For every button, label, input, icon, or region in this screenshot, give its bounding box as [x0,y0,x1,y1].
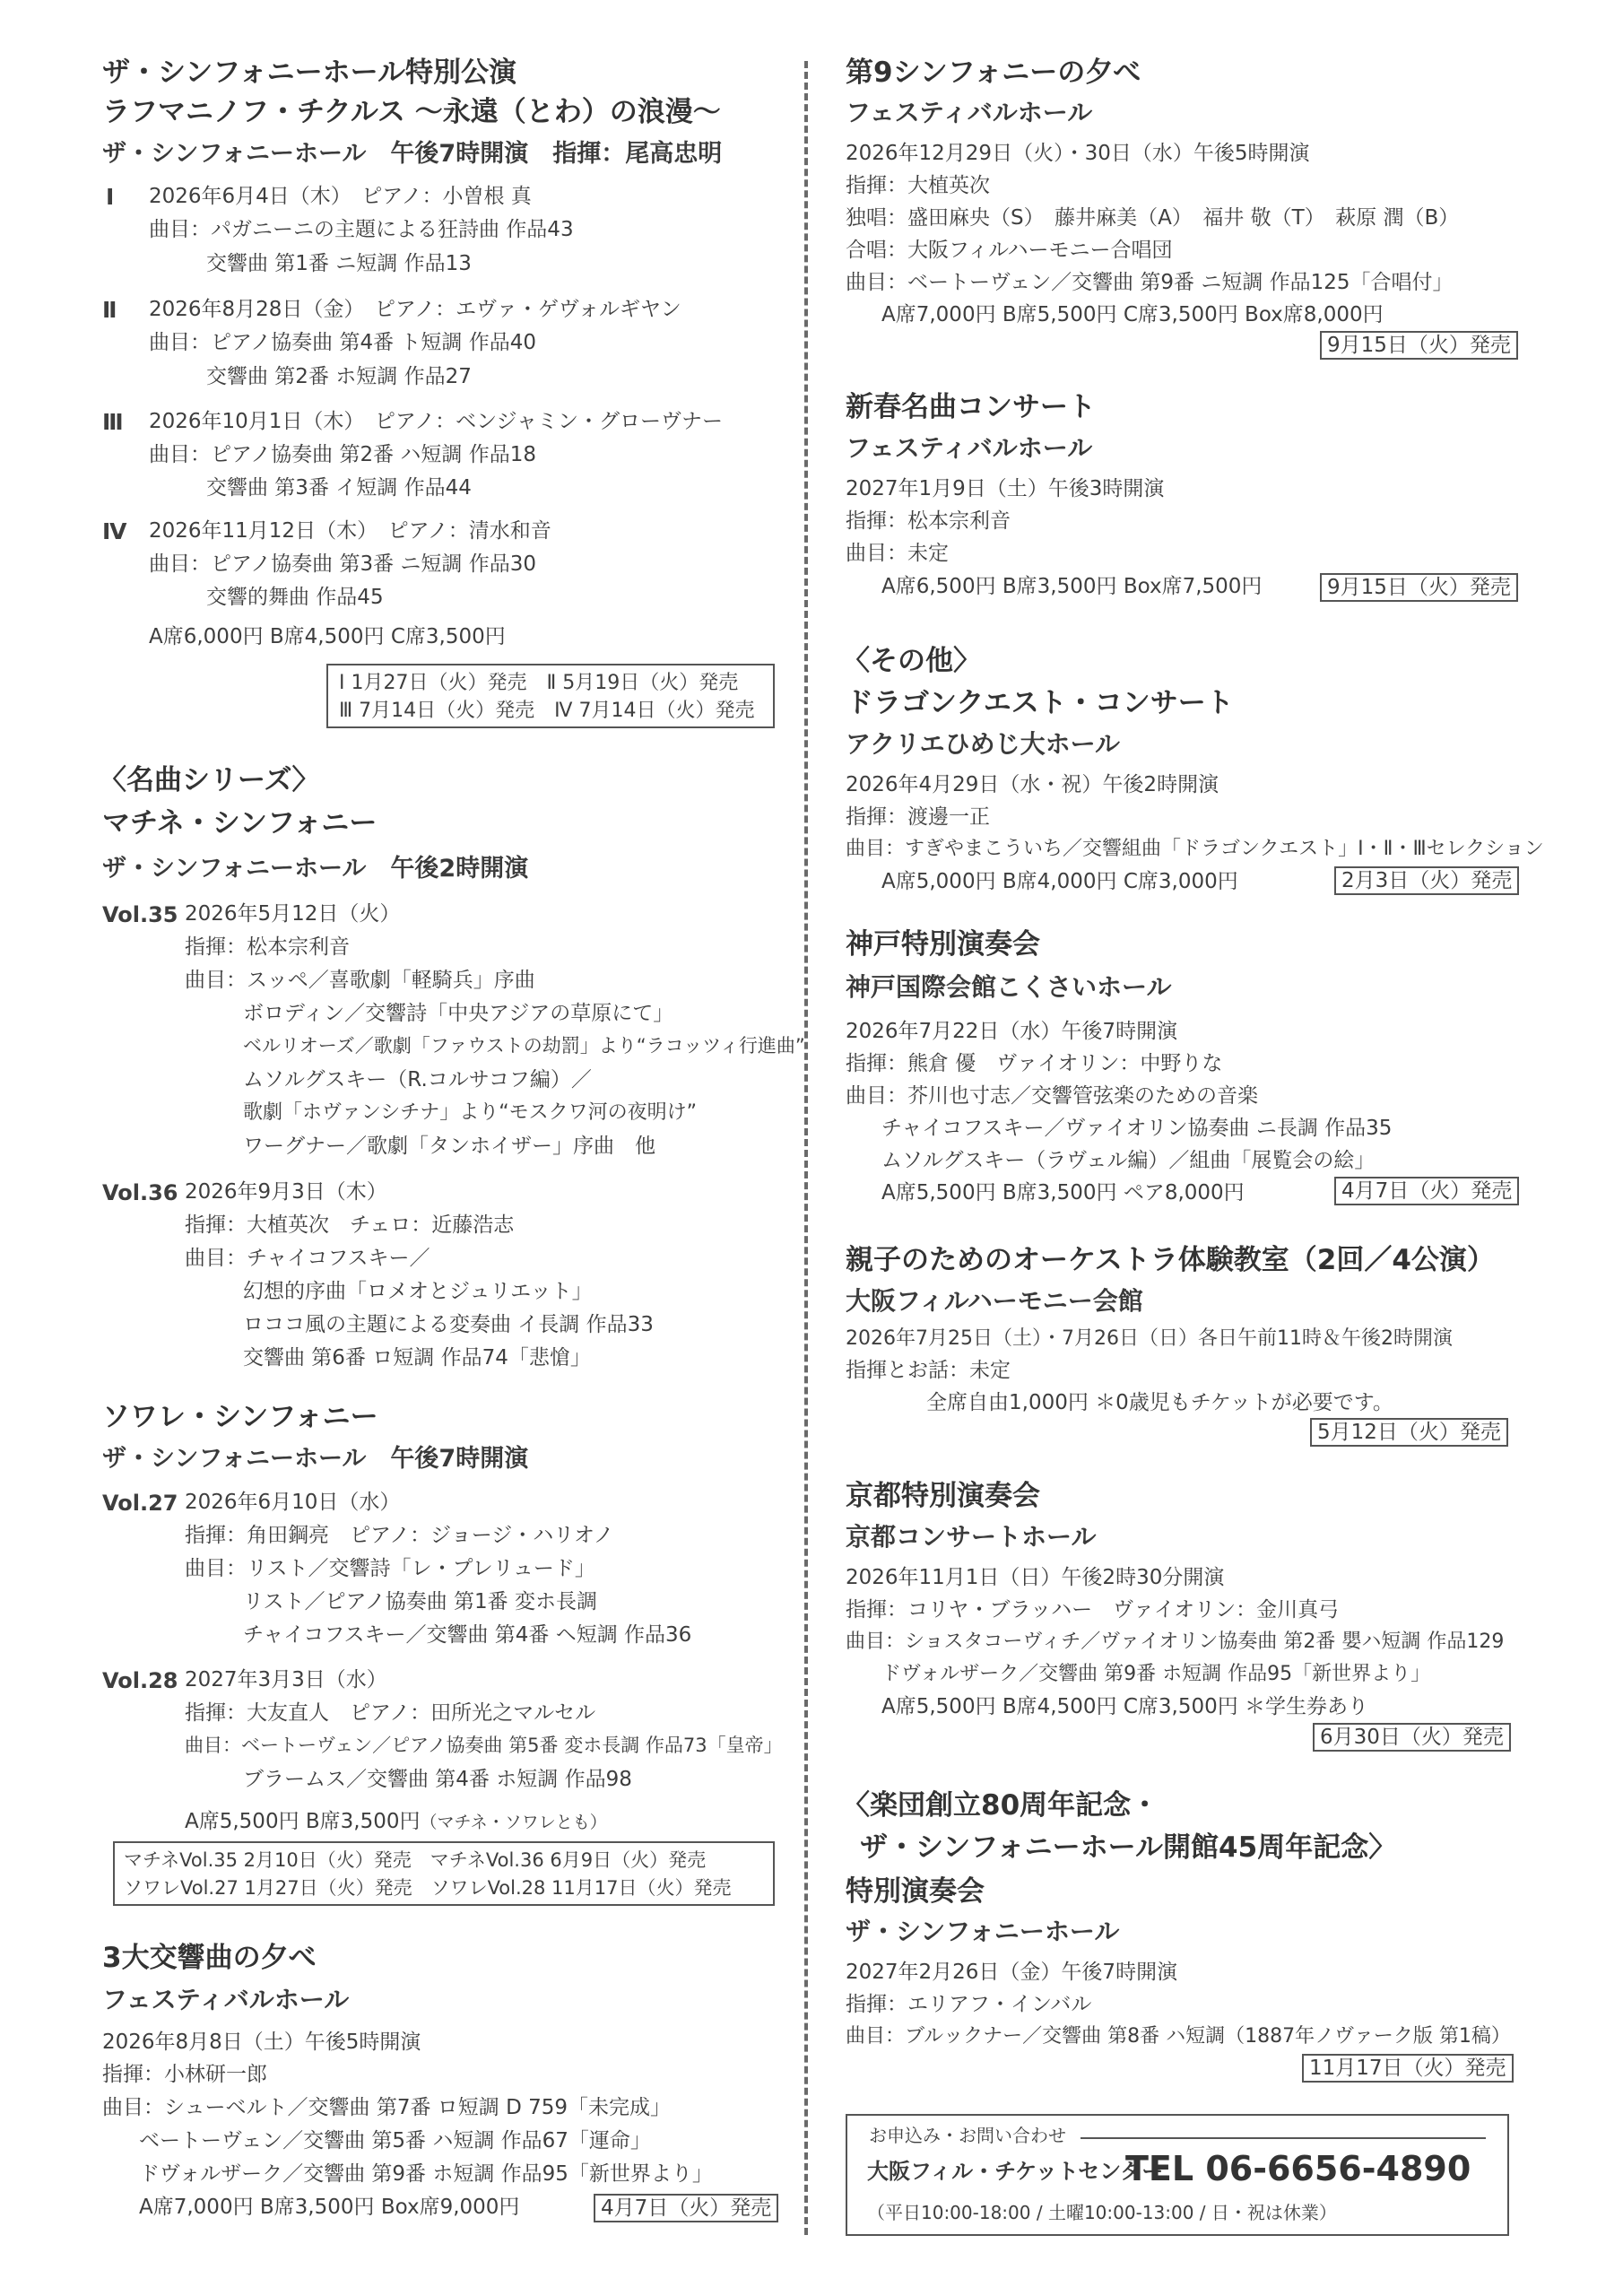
concert-date: 2026年4月29日（水・祝）午後2時開演 [846,775,1219,796]
detail-line: 指揮：大友直人 ピアノ：田所光之マルセル [185,1703,595,1724]
vol-label: Vol.28 [102,1670,178,1692]
venue: 神戸国際会館こくさいホール [846,975,1171,1000]
venue: フェスティバルホール [846,100,1092,126]
detail-line: ムソルグスキー（R.コルサコフ編）／ [243,1070,592,1091]
concert-date: 2026年12月29日（火）・30日（水）午後5時開演 [846,143,1309,164]
column-divider [804,61,808,2235]
detail-line: 指揮：松本宗利音 [185,937,350,958]
sale-date: ソワレVol.27 1月27日（火）発売 ソワレVol.28 11月17日（火）… [124,1879,732,1898]
program-line: ドヴォルザーク／交響曲 第9番 ホ短調 作品95「新世界より」 [139,2164,713,2185]
chorus: 合唱：大阪フィルハーモニー合唱団 [846,240,1173,261]
soloists: 独唱：盛田麻央（S） 藤井麻美（A） 福井 敬（T） 萩原 潤（B） [846,208,1459,229]
concert-title: 特別演奏会 [846,1878,985,1906]
detail-line: 交響曲 第6番 ロ短調 作品74「悲愴」 [243,1348,591,1369]
concert-date: 2026年8月28日（金） ピアノ：エヴァ・ゲヴォルギヤン [149,300,681,320]
sale-date-box: マチネVol.35 2月10日（火）発売 マチネVol.36 6月9日（火）発売… [113,1841,775,1906]
detail-line: ボロディン／交響詩「中央アジアの草原にて」 [243,1004,673,1024]
conductor: 指揮とお話：未定 [846,1361,1011,1381]
sale-date: マチネVol.35 2月10日（火）発売 マチネVol.36 6月9日（火）発売 [124,1851,706,1870]
category-title: ザ・シンフォニーホール開館45周年記念〉 [860,1834,1396,1862]
venue: ザ・シンフォニーホール [846,1919,1119,1944]
concert-number: Ⅱ [102,299,117,321]
concert-date: 2026年6月4日（木） ピアノ：小曽根 真 [149,187,532,207]
sale-date-badge: 9月15日（火）発売 [1320,331,1518,360]
concert-date: 2027年2月26日（金）午後7時開演 [846,1962,1177,1983]
sale-date-badge: 4月7日（火）発売 [594,2194,778,2222]
price-line: 全席自由1,000円 ＊0歳児もチケットが必要です。 [926,1393,1393,1413]
category-title: 〈楽団創立80周年記念・ [842,1792,1159,1820]
venue: フェスティバルホール [846,436,1092,461]
price-note: （マチネ・ソワレとも） [421,1813,607,1832]
program-line: 曲目：ショスタコーヴィチ／ヴァイオリン協奏曲 第2番 嬰ハ短調 作品129 [846,1632,1504,1652]
concert-date: 2026年7月25日（土）・7月26日（日）各日午前11時＆午後2時開演 [846,1329,1453,1349]
sale-date: Ⅰ 1月27日（火）発売 Ⅱ 5月19日（火）発売 [339,674,738,693]
program-line: 曲目：パガニーニの主題による狂詩曲 作品43 [149,220,574,240]
program-line: 曲目：未定 [846,544,949,564]
concert-title: 親子のためのオーケストラ体験教室（2回／4公演） [846,1247,1495,1274]
price-line: A席5,500円 B席3,500円（マチネ・ソワレとも） [185,1812,607,1832]
program-line: 交響曲 第3番 イ短調 作品44 [206,478,472,499]
concert-title: 京都特別演奏会 [846,1483,1040,1510]
section-subtitle: ラフマニノフ・チクルス ～永遠（とわ）の浪漫～ [102,99,721,126]
price-line: A席6,500円 B席3,500円 Box席7,500円 [881,577,1262,597]
venue: 京都コンサートホール [846,1525,1096,1550]
concert-date: 2026年7月22日（水）午後7時開演 [846,1022,1177,1042]
conductor: 指揮：大植英次 [846,176,990,196]
concert-date: 2026年9月3日（木） [185,1182,387,1203]
detail-line: 曲目：ベートーヴェン／ピアノ協奏曲 第5番 変ホ長調 作品73「皇帝」 [185,1736,783,1755]
price-line: A席5,500円 B席3,500円 ペア8,000円 [881,1183,1245,1204]
sale-date-badge: 6月30日（火）発売 [1313,1723,1511,1752]
venue-line: ザ・シンフォニーホール 午後2時開演 [102,857,528,881]
concert-date: 2026年11月12日（木） ピアノ：清水和音 [149,521,551,542]
sale-date-badge: 5月12日（火）発売 [1310,1418,1508,1447]
program-line: チャイコフスキー／ヴァイオリン協奏曲 ニ長調 作品35 [881,1118,1392,1139]
program-line: 交響曲 第2番 ホ短調 作品27 [206,367,472,387]
venue-line: ザ・シンフォニーホール 午後7時開演 [102,1447,528,1471]
detail-line: チャイコフスキー／交響曲 第4番 ヘ短調 作品36 [243,1625,691,1646]
venue-line: ザ・シンフォニーホール 午後7時開演 指揮：尾高忠明 [102,142,722,166]
concert-title: 神戸特別演奏会 [846,931,1040,959]
price-line: A席6,000円 B席4,500円 C席3,500円 [149,627,506,648]
sale-date-badge: 9月15日（火）発売 [1320,573,1518,602]
concert-title: 新春名曲コンサート [846,394,1096,422]
sale-date-badge: 11月17日（火）発売 [1302,2054,1514,2083]
venue: 大阪フィルハーモニー会館 [846,1289,1143,1314]
vol-label: Vol.35 [102,904,178,926]
detail-line: 指揮：角田鋼亮 ピアノ：ジョージ・ハリオノ [185,1526,614,1546]
program-line: 曲目：ピアノ協奏曲 第2番 ハ短調 作品18 [149,445,536,465]
detail-line: ロココ風の主題による変奏曲 イ長調 作品33 [243,1315,654,1335]
program-line: 曲目：シューベルト／交響曲 第7番 ロ短調 D 759「未完成」 [102,2098,671,2118]
conductor: 指揮：小林研一郎 [102,2065,267,2085]
concert-date: 2026年6月10日（水） [185,1492,400,1513]
matinee-title: マチネ・シンフォニー [102,810,377,838]
price-line: A席5,000円 B席4,000円 C席3,000円 [881,872,1238,892]
concert-number: Ⅰ [106,186,114,208]
soiree-title: ソワレ・シンフォニー [102,1404,378,1431]
conductor: 指揮：エリアフ・インバル [846,1995,1091,2015]
venue: フェスティバルホール [102,1987,349,2013]
program-line: 曲目：芥川也寸志／交響管弦楽のための音楽 [846,1086,1258,1107]
program-line: 曲目：すぎやまこういち／交響組曲「ドラゴンクエスト」Ⅰ・Ⅱ・Ⅲセレクション [846,839,1544,859]
conductor: 指揮：熊倉 優 ヴァイオリン：中野りな [846,1054,1222,1074]
concert-title: 第9シンフォニーの夕べ [846,59,1141,87]
sale-date-badge: 2月3日（火）発売 [1334,866,1519,895]
concert-date: 2026年5月12日（火） [185,904,400,925]
ticket-center-name: 大阪フィル・チケットセンター [867,2161,1163,2182]
detail-line: リスト／ピアノ協奏曲 第1番 変ホ長調 [243,1592,597,1613]
concert-date: 2026年10月1日（木） ピアノ：ベンジャミン・グローヴナー [149,412,723,432]
conductor: 指揮：渡邊一正 [846,807,990,828]
concert-date: 2027年3月3日（水） [185,1670,387,1691]
program-line: 曲目：ピアノ協奏曲 第4番 ト短調 作品40 [149,333,536,353]
concert-number: Ⅳ [102,520,126,543]
program-line: 曲目：ベートーヴェン／交響曲 第9番 ニ短調 作品125「合唱付」 [846,273,1454,293]
detail-line: ベルリオーズ／歌劇「ファウストの劫罰」より“ラコッツィ行進曲” [243,1037,805,1056]
price-line: A席7,000円 B席5,500円 C席3,500円 Box席8,000円 [881,305,1384,326]
detail-line: 曲目：スッペ／喜歌劇「軽騎兵」序曲 [185,970,535,991]
series-title: 〈名曲シリーズ〉 [99,767,319,795]
program-line: ムソルグスキー（ラヴェル編）／組曲「展覧会の絵」 [881,1151,1375,1171]
vol-label: Vol.27 [102,1492,178,1514]
sale-date-badge: 4月7日（火）発売 [1334,1177,1519,1205]
detail-line: 指揮：大植英次 チェロ：近藤浩志 [185,1215,514,1236]
detail-line: 歌劇「ホヴァンシチナ」より“モスクワ河の夜明け” [243,1103,697,1123]
program-line: 交響的舞曲 作品45 [206,587,384,608]
concert-date: 2026年8月8日（土）午後5時開演 [102,2032,421,2053]
phone-number[interactable]: TEL 06-6656-4890 [1125,2152,1471,2186]
concert-number: Ⅲ [102,411,124,433]
concert-title: 3大交響曲の夕べ [102,1944,317,1972]
conductor: 指揮：コリヤ・ブラッハー ヴァイオリン：金川真弓 [846,1600,1339,1621]
sale-date-box: Ⅰ 1月27日（火）発売 Ⅱ 5月19日（火）発売 Ⅲ 7月14日（火）発売 Ⅳ… [326,664,775,728]
detail-line: ブラームス／交響曲 第4番 ホ短調 作品98 [243,1770,632,1790]
program-line: 曲目：ブルックナー／交響曲 第8番 ハ短調（1887年ノヴァーク版 第1稿） [846,2027,1511,2047]
contact-heading: お申込み・お問い合わせ [869,2126,1066,2144]
detail-line: 曲目：リスト／交響詩「レ・プレリュード」 [185,1559,595,1579]
venue: アクリエひめじ大ホール [846,732,1120,757]
detail-line: 曲目：チャイコフスキー／ [185,1248,430,1269]
price: A席5,500円 B席3,500円 [185,1810,421,1833]
contact-box: お申込み・お問い合わせ 大阪フィル・チケットセンター TEL 06-6656-4… [846,2114,1509,2236]
section-title: ザ・シンフォニーホール特別公演 [102,59,516,87]
detail-line: 幻想的序曲「ロメオとジュリエット」 [243,1282,593,1302]
business-hours: （平日10:00-18:00 / 土曜10:00-13:00 / 日・祝は休業） [867,2204,1337,2222]
price-line: A席5,500円 B席4,500円 C席3,500円 ＊学生券あり [881,1697,1368,1718]
program-line: ベートーヴェン／交響曲 第5番 ハ短調 作品67「運命」 [139,2131,651,2152]
vol-label: Vol.36 [102,1182,178,1204]
concert-date: 2026年11月1日（日）午後2時30分開演 [846,1568,1224,1588]
program-line: 交響曲 第1番 ニ短調 作品13 [206,254,472,274]
sale-date: Ⅲ 7月14日（火）発売 Ⅳ 7月14日（火）発売 [339,701,754,721]
detail-line: ワーグナー／歌劇「タンホイザー」序曲 他 [243,1136,655,1157]
category-title: 〈その他〉 [842,648,981,675]
program-line: ドヴォルザーク／交響曲 第9番 ホ短調 作品95「新世界より」 [881,1665,1430,1684]
concert-date: 2027年1月9日（土）午後3時開演 [846,479,1164,500]
program-line: 曲目：ピアノ協奏曲 第3番 ニ短調 作品30 [149,554,536,575]
concert-title: ドラゴンクエスト・コンサート [846,690,1234,717]
price-line: A席7,000円 B席3,500円 Box席9,000円 [139,2197,519,2218]
conductor: 指揮：松本宗利音 [846,511,1011,532]
heading-rule [1081,2137,1486,2139]
